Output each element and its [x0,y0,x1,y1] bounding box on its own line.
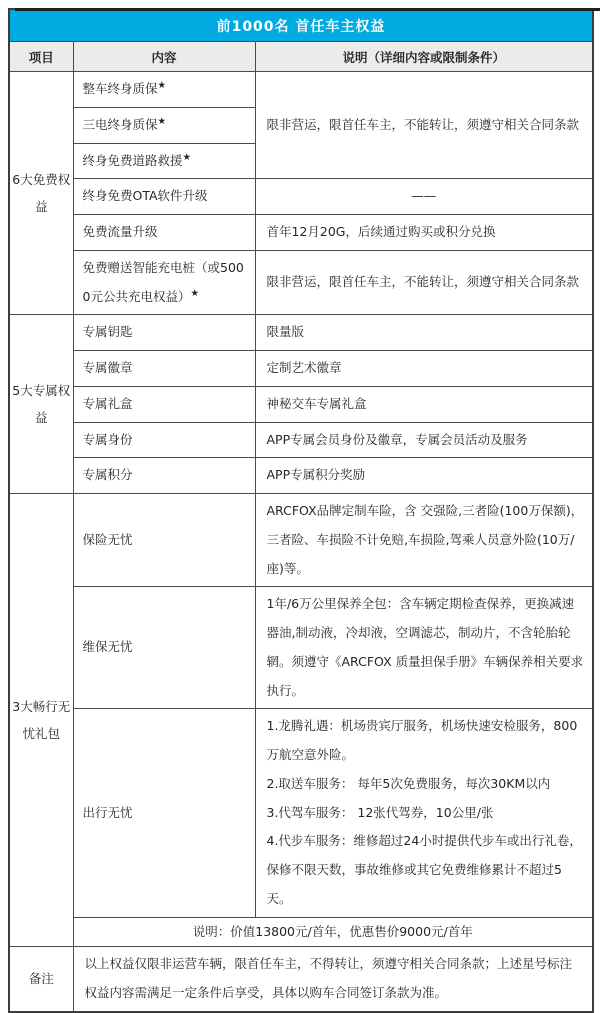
column-header-row: 项目 内容 说明（详细内容或限制条件） [9,42,593,72]
benefit-row: 专属徽章 定制艺术徽章 [9,351,593,387]
benefit-row: 5大专属权益 专属钥匙 限量版 [9,315,593,351]
owner-benefits-table: 前1000名 首任车主权益 项目 内容 说明（详细内容或限制条件） 6大免费权益… [8,8,594,1013]
table-title-row: 前1000名 首任车主权益 [9,9,593,42]
content-cell: 专属身份 [73,422,255,458]
benefit-row: 出行无忧 1.龙腾礼遇：机场贵宾厅服务，机场快速安检服务，800万航空意外险。 … [9,709,593,917]
content-cell: 终身免费道路救援★ [73,143,255,179]
content-cell: 免费流量升级 [73,215,255,251]
content-cell: 保险无忧 [73,494,255,587]
content-cell: 专属礼盒 [73,386,255,422]
benefit-row: 6大免费权益 整车终身质保★ 限非营运，限首任车主，不能转让，须遵守相关合同条款 [9,72,593,108]
table-title: 前1000名 首任车主权益 [9,9,593,42]
benefit-row: 免费流量升级 首年12月20G，后续通过购买或积分兑换 [9,215,593,251]
star-icon: ★ [183,151,192,162]
description-cell: APP专属积分奖励 [255,458,593,494]
category-cell-remark: 备注 [9,947,73,1012]
star-icon: ★ [158,116,167,127]
description-cell: 限量版 [255,315,593,351]
content-cell: 整车终身质保★ [73,72,255,108]
description-cell: 1.龙腾礼遇：机场贵宾厅服务，机场快速安检服务，800万航空意外险。 2.取送车… [255,709,593,917]
content-cell: 专属积分 [73,458,255,494]
content-cell: 三电终身质保★ [73,107,255,143]
price-note-cell: 说明：价值13800元/首年，优惠售价9000元/首年 [73,917,593,947]
benefit-row: 3大畅行无忧礼包 保险无忧 ARCFOX品牌定制车险，含 交强险,三者险(100… [9,494,593,587]
description-cell: 神秘交车专属礼盒 [255,386,593,422]
description-cell: APP专属会员身份及徽章，专属会员活动及服务 [255,422,593,458]
benefit-row: 维保无忧 1年/6万公里保养全包：含车辆定期检查保养，更换减速器油,制动液，冷却… [9,587,593,709]
description-cell: 首年12月20G，后续通过购买或积分兑换 [255,215,593,251]
category-cell-worryfree-package: 3大畅行无忧礼包 [9,494,73,947]
benefit-row: 专属身份 APP专属会员身份及徽章，专属会员活动及服务 [9,422,593,458]
content-cell: 终身免费OTA软件升级 [73,179,255,215]
price-note-row: 说明：价值13800元/首年，优惠售价9000元/首年 [9,917,593,947]
description-cell: ARCFOX品牌定制车险，含 交强险,三者险(100万保额)，三者险、车损险不计… [255,494,593,587]
category-cell-free-benefits: 6大免费权益 [9,72,73,315]
content-cell: 维保无忧 [73,587,255,709]
top-divider-bar [15,8,600,11]
star-icon: ★ [158,80,167,91]
description-cell: 定制艺术徽章 [255,351,593,387]
remark-cell: 以上权益仅限非运营车辆，限首任车主，不得转让，须遵守相关合同条款；上述星号标注权… [73,947,593,1012]
description-cell: —— [255,179,593,215]
column-header-content: 内容 [73,42,255,72]
content-cell: 专属钥匙 [73,315,255,351]
remark-row: 备注 以上权益仅限非运营车辆，限首任车主，不得转让，须遵守相关合同条款；上述星号… [9,947,593,1012]
column-header-item: 项目 [9,42,73,72]
description-cell: 限非营运，限首任车主，不能转让，须遵守相关合同条款 [255,72,593,179]
content-cell: 免费赠送智能充电桩（或5000元公共充电权益）★ [73,250,255,315]
benefit-row: 免费赠送智能充电桩（或5000元公共充电权益）★ 限非营运，限首任车主，不能转让… [9,250,593,315]
benefit-row: 专属积分 APP专属积分奖励 [9,458,593,494]
star-icon: ★ [190,287,199,298]
benefit-row: 专属礼盒 神秘交车专属礼盒 [9,386,593,422]
content-cell: 出行无忧 [73,709,255,917]
column-header-description: 说明（详细内容或限制条件） [255,42,593,72]
description-cell: 1年/6万公里保养全包：含车辆定期检查保养，更换减速器油,制动液，冷却液，空调滤… [255,587,593,709]
description-cell: 限非营运，限首任车主，不能转让，须遵守相关合同条款 [255,250,593,315]
category-cell-exclusive-benefits: 5大专属权益 [9,315,73,494]
benefit-row: 终身免费OTA软件升级 —— [9,179,593,215]
content-cell: 专属徽章 [73,351,255,387]
